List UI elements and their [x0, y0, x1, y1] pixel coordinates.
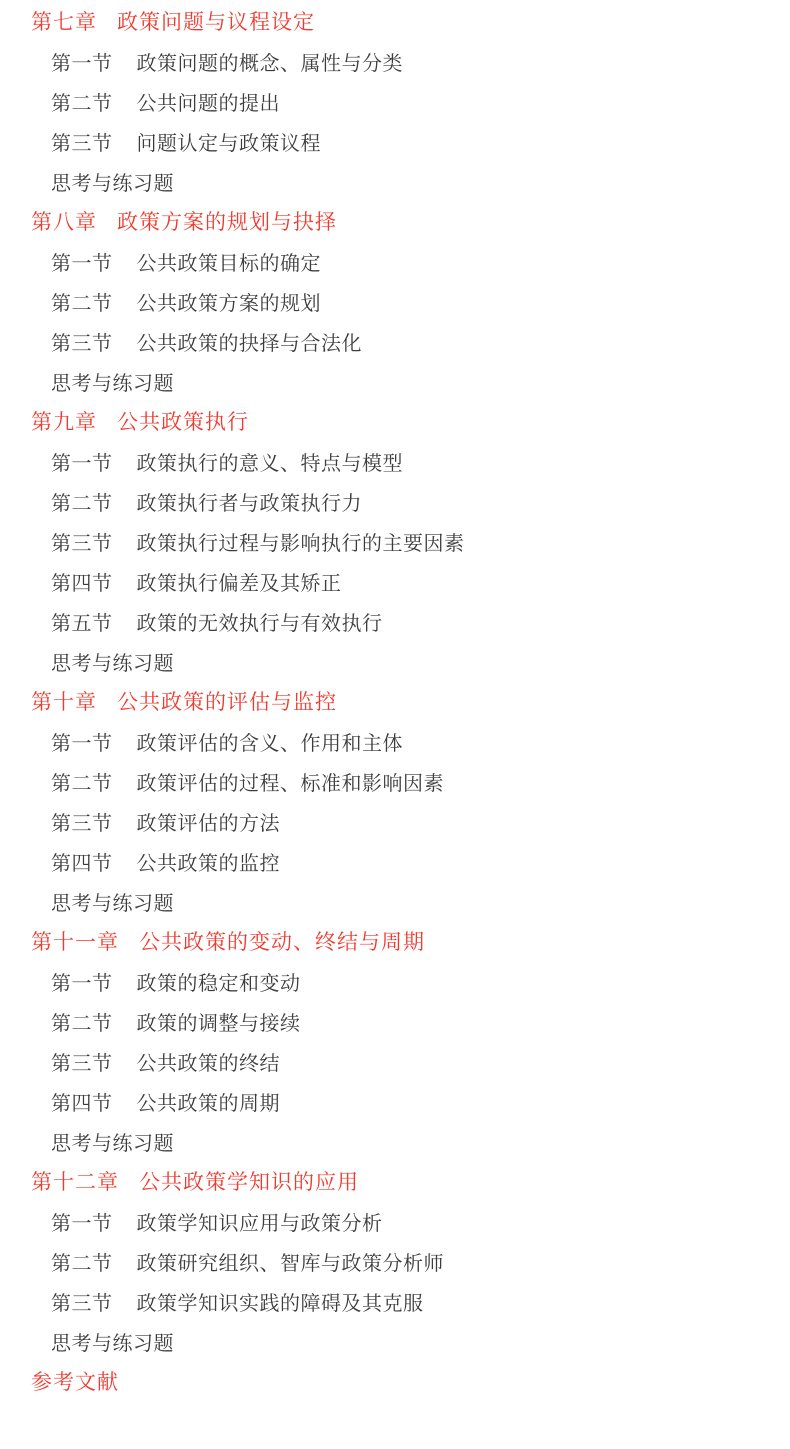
section-title: 公共政策的监控: [137, 847, 281, 876]
chapter-number: 第十章: [31, 686, 97, 716]
section-title: 政策执行者与政策执行力: [137, 487, 363, 516]
chapter-heading-11: 第十一章 公共政策的变动、终结与周期: [0, 921, 790, 961]
chapter-number: 第八章: [31, 206, 97, 236]
exercise-item: 思考与练习题: [0, 1121, 790, 1161]
section-number: 第二节: [51, 767, 113, 796]
section-number: 第四节: [51, 1087, 113, 1116]
section-item: 第二节 公共政策方案的规划: [0, 281, 790, 321]
section-item: 第二节 政策的调整与接续: [0, 1001, 790, 1041]
section-number: 第三节: [51, 1047, 113, 1076]
section-title: 政策评估的方法: [137, 807, 281, 836]
section-title: 政策执行过程与影响执行的主要因素: [137, 527, 465, 556]
section-number: 第一节: [51, 727, 113, 756]
section-item: 第一节 政策评估的含义、作用和主体: [0, 721, 790, 761]
references-label: 参考文献: [31, 1366, 119, 1396]
section-item: 第三节 政策学知识实践的障碍及其克服: [0, 1281, 790, 1321]
section-title: 政策问题的概念、属性与分类: [137, 47, 404, 76]
chapter-title: 政策方案的规划与抉择: [117, 206, 337, 236]
chapter-number: 第十二章: [31, 1166, 119, 1196]
section-item: 第三节 问题认定与政策议程: [0, 121, 790, 161]
section-title: 政策评估的过程、标准和影响因素: [137, 767, 445, 796]
chapter-number: 第九章: [31, 406, 97, 436]
section-number: 第一节: [51, 247, 113, 276]
chapter-title: 公共政策的评估与监控: [117, 686, 337, 716]
section-item: 第三节 政策执行过程与影响执行的主要因素: [0, 521, 790, 561]
section-title: 政策的无效执行与有效执行: [137, 607, 383, 636]
section-item: 第三节 公共政策的抉择与合法化: [0, 321, 790, 361]
section-number: 第二节: [51, 87, 113, 116]
references-heading: 参考文献: [0, 1361, 790, 1401]
section-title: 公共问题的提出: [137, 87, 281, 116]
section-number: 第二节: [51, 487, 113, 516]
chapter-heading-9: 第九章 公共政策执行: [0, 401, 790, 441]
section-item: 第二节 公共问题的提出: [0, 81, 790, 121]
section-number: 第四节: [51, 567, 113, 596]
chapter-heading-12: 第十二章 公共政策学知识的应用: [0, 1161, 790, 1201]
section-number: 第二节: [51, 287, 113, 316]
section-number: 第二节: [51, 1007, 113, 1036]
section-item: 第一节 政策的稳定和变动: [0, 961, 790, 1001]
section-title: 公共政策的终结: [137, 1047, 281, 1076]
section-item: 第四节 公共政策的周期: [0, 1081, 790, 1121]
section-item: 第三节 公共政策的终结: [0, 1041, 790, 1081]
exercise-label: 思考与练习题: [51, 167, 174, 196]
exercise-label: 思考与练习题: [51, 367, 174, 396]
section-number: 第三节: [51, 807, 113, 836]
section-title: 问题认定与政策议程: [137, 127, 322, 156]
section-item: 第一节 政策学知识应用与政策分析: [0, 1201, 790, 1241]
section-item: 第一节 政策问题的概念、属性与分类: [0, 41, 790, 81]
section-item: 第一节 公共政策目标的确定: [0, 241, 790, 281]
chapter-title: 公共政策学知识的应用: [139, 1166, 359, 1196]
exercise-label: 思考与练习题: [51, 887, 174, 916]
chapter-title: 政策问题与议程设定: [117, 6, 315, 36]
section-title: 政策执行的意义、特点与模型: [137, 447, 404, 476]
section-number: 第一节: [51, 1207, 113, 1236]
section-title: 公共政策方案的规划: [137, 287, 322, 316]
section-title: 政策评估的含义、作用和主体: [137, 727, 404, 756]
section-title: 政策学知识应用与政策分析: [137, 1207, 383, 1236]
section-item: 第一节 政策执行的意义、特点与模型: [0, 441, 790, 481]
section-title: 政策执行偏差及其矫正: [137, 567, 342, 596]
section-item: 第四节 政策执行偏差及其矫正: [0, 561, 790, 601]
chapter-heading-7: 第七章 政策问题与议程设定: [0, 1, 790, 41]
section-number: 第一节: [51, 47, 113, 76]
section-number: 第一节: [51, 967, 113, 996]
section-title: 政策研究组织、智库与政策分析师: [137, 1247, 445, 1276]
section-title: 政策的调整与接续: [137, 1007, 301, 1036]
chapter-heading-10: 第十章 公共政策的评估与监控: [0, 681, 790, 721]
table-of-contents: 第七章 政策问题与议程设定 第一节 政策问题的概念、属性与分类 第二节 公共问题…: [0, 0, 790, 1401]
exercise-item: 思考与练习题: [0, 1321, 790, 1361]
exercise-item: 思考与练习题: [0, 361, 790, 401]
section-title: 政策的稳定和变动: [137, 967, 301, 996]
chapter-title: 公共政策的变动、终结与周期: [139, 926, 425, 956]
chapter-title: 公共政策执行: [117, 406, 249, 436]
exercise-item: 思考与练习题: [0, 641, 790, 681]
exercise-label: 思考与练习题: [51, 1327, 174, 1356]
section-number: 第三节: [51, 127, 113, 156]
section-title: 公共政策目标的确定: [137, 247, 322, 276]
chapter-heading-8: 第八章 政策方案的规划与抉择: [0, 201, 790, 241]
chapter-number: 第七章: [31, 6, 97, 36]
exercise-label: 思考与练习题: [51, 1127, 174, 1156]
section-title: 公共政策的周期: [137, 1087, 281, 1116]
section-item: 第二节 政策执行者与政策执行力: [0, 481, 790, 521]
section-item: 第四节 公共政策的监控: [0, 841, 790, 881]
section-title: 政策学知识实践的障碍及其克服: [137, 1287, 424, 1316]
section-number: 第四节: [51, 847, 113, 876]
section-item: 第五节 政策的无效执行与有效执行: [0, 601, 790, 641]
exercise-item: 思考与练习题: [0, 881, 790, 921]
section-number: 第二节: [51, 1247, 113, 1276]
chapter-number: 第十一章: [31, 926, 119, 956]
section-number: 第三节: [51, 527, 113, 556]
exercise-item: 思考与练习题: [0, 161, 790, 201]
section-title: 公共政策的抉择与合法化: [137, 327, 363, 356]
section-item: 第三节 政策评估的方法: [0, 801, 790, 841]
exercise-label: 思考与练习题: [51, 647, 174, 676]
section-number: 第一节: [51, 447, 113, 476]
section-number: 第三节: [51, 1287, 113, 1316]
section-number: 第五节: [51, 607, 113, 636]
section-number: 第三节: [51, 327, 113, 356]
section-item: 第二节 政策研究组织、智库与政策分析师: [0, 1241, 790, 1281]
section-item: 第二节 政策评估的过程、标准和影响因素: [0, 761, 790, 801]
